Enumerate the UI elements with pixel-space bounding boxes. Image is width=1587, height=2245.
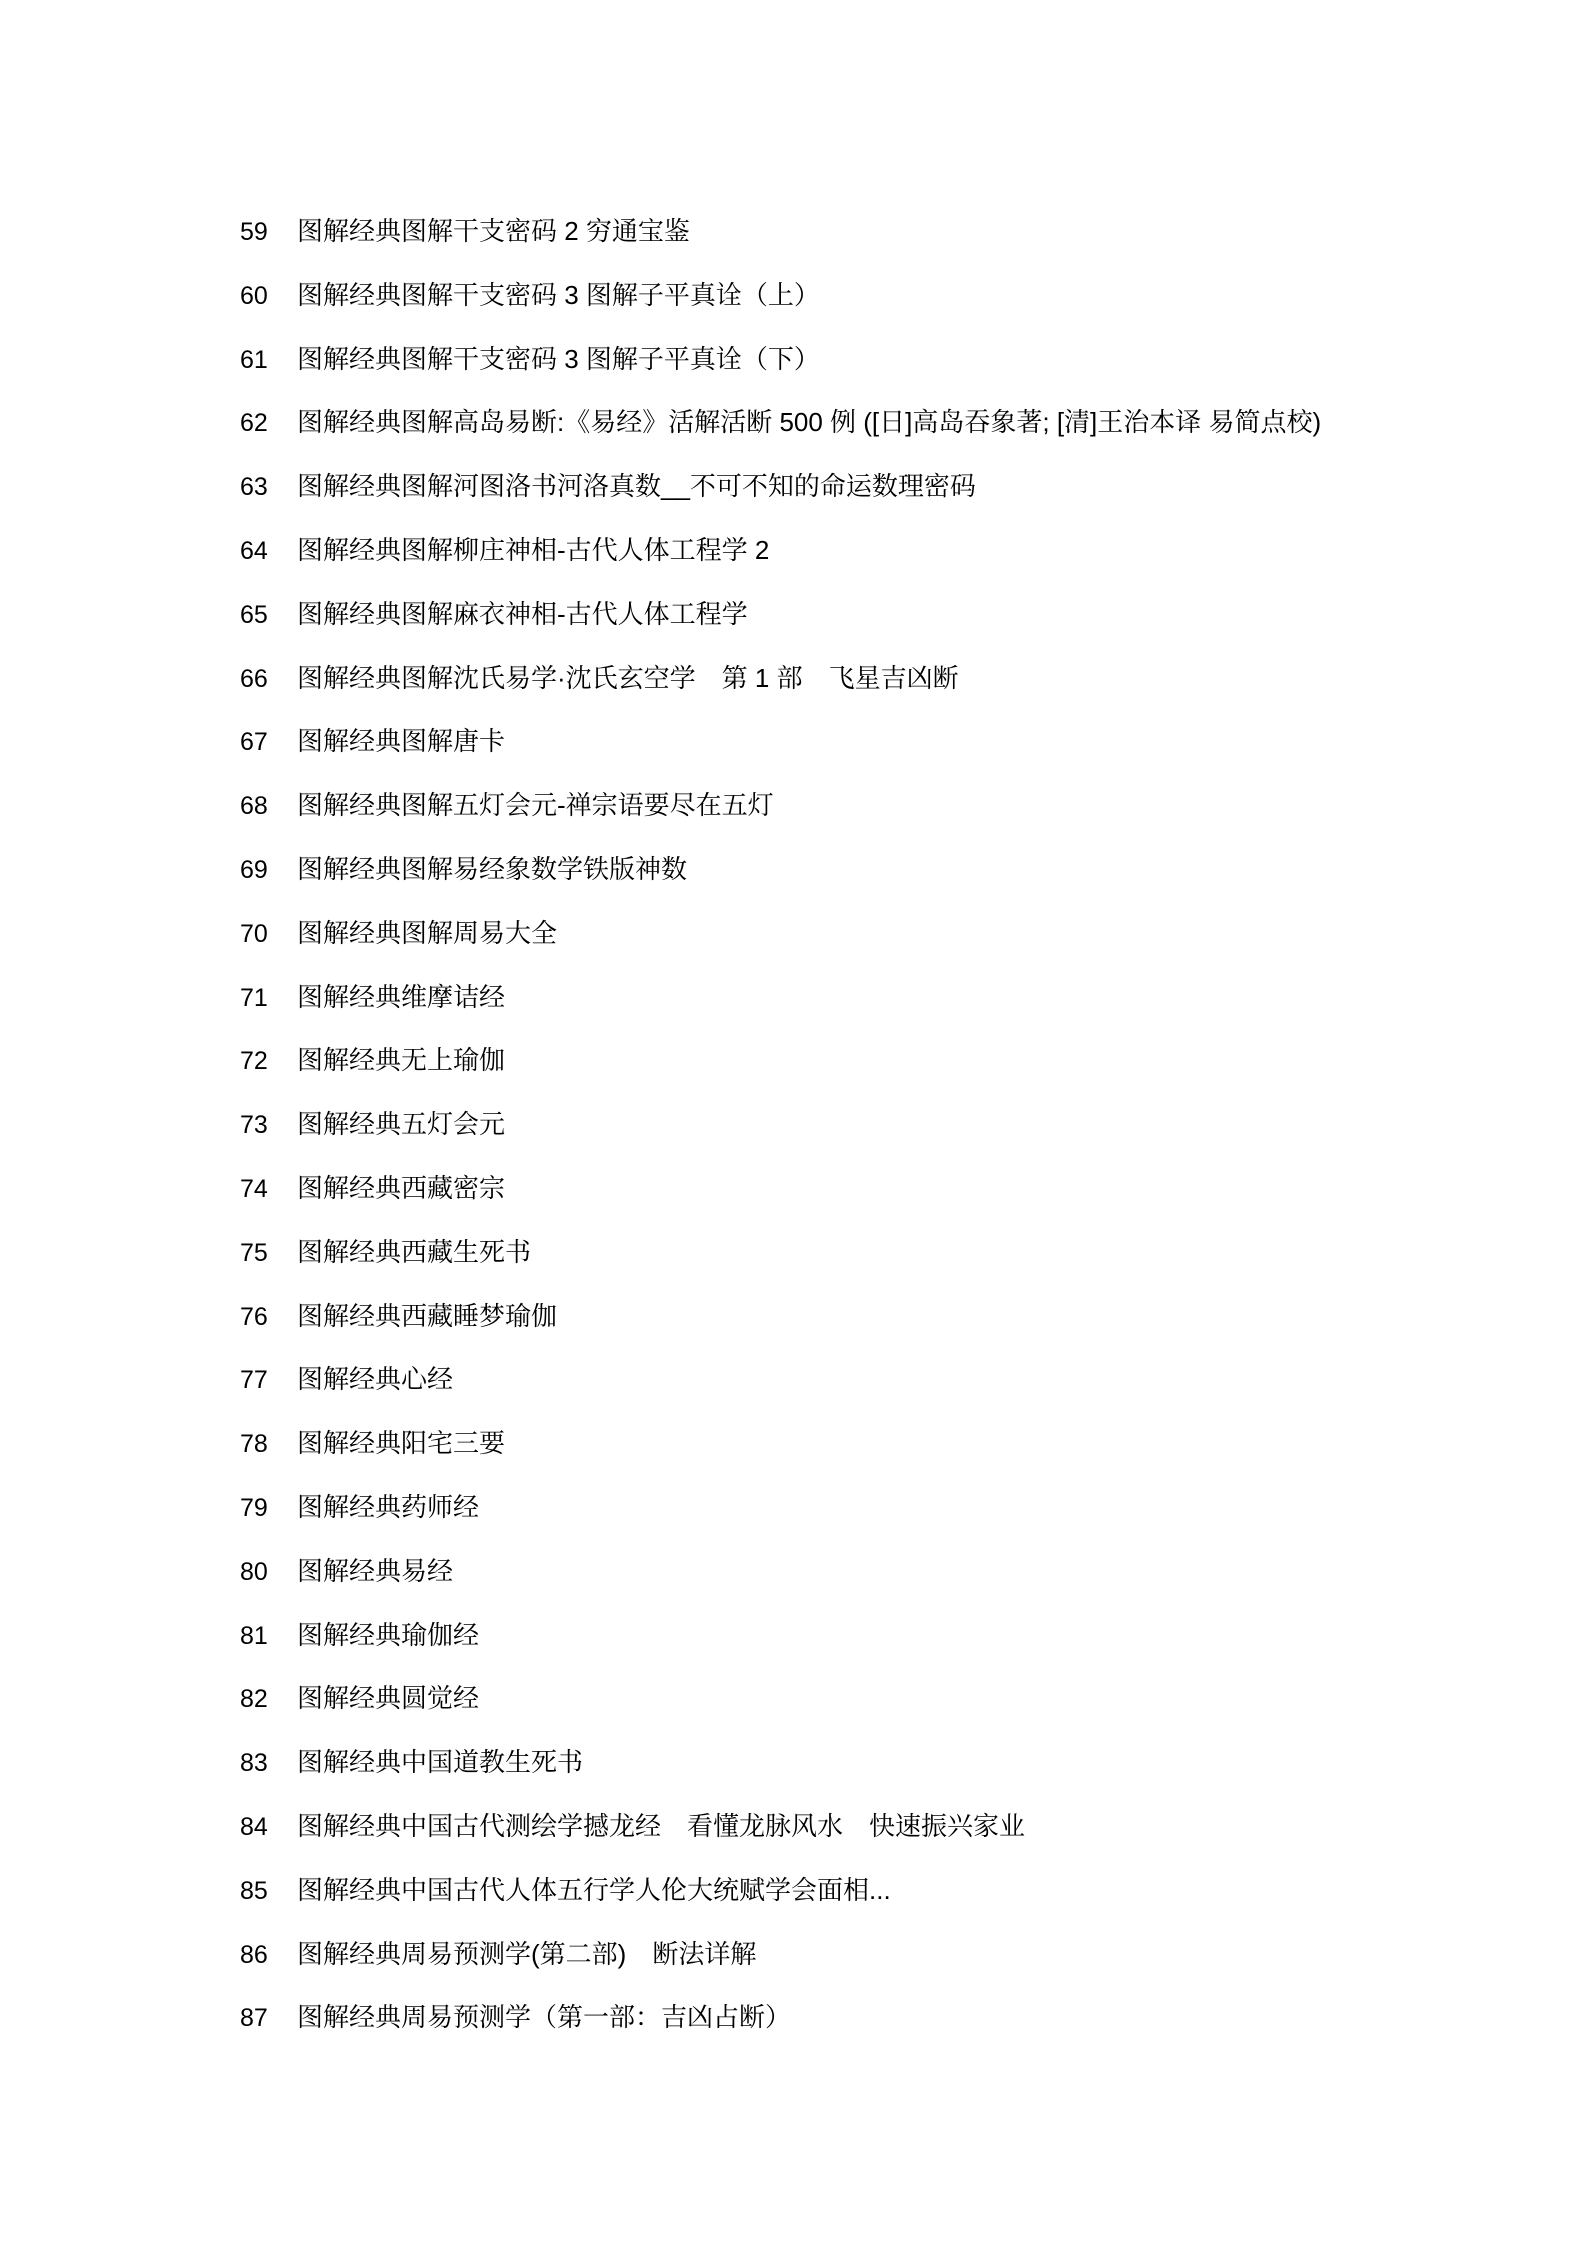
list-item: 60图解经典图解干支密码 3 图解子平真诠（上） [240, 264, 1360, 328]
item-number: 62 [240, 392, 297, 455]
item-number: 73 [240, 1094, 297, 1157]
list-item: 73图解经典五灯会元 [240, 1093, 1360, 1157]
item-number: 63 [240, 456, 297, 519]
list-item: 84图解经典中国古代测绘学撼龙经 看懂龙脉风水 快速振兴家业 [240, 1795, 1360, 1859]
item-number: 74 [240, 1158, 297, 1221]
list-item: 66图解经典图解沈氏易学·沈氏玄空学 第 1 部 飞星吉凶断 [240, 647, 1360, 711]
item-number: 70 [240, 903, 297, 966]
list-item: 83图解经典中国道教生死书 [240, 1731, 1360, 1795]
item-title: 图解经典周易预测学（第一部：吉凶占断） [297, 2002, 791, 2032]
item-title: 图解经典图解柳庄神相-古代人体工程学 2 [297, 535, 769, 565]
item-title: 图解经典圆觉经 [297, 1683, 479, 1713]
list-item: 74图解经典西藏密宗 [240, 1157, 1360, 1221]
item-title: 图解经典图解麻衣神相-古代人体工程学 [297, 599, 748, 629]
item-number: 67 [240, 711, 297, 774]
list-item: 77图解经典心经 [240, 1348, 1360, 1412]
list-item: 70图解经典图解周易大全 [240, 902, 1360, 966]
item-title: 图解经典图解干支密码 3 图解子平真诠（上） [297, 280, 820, 310]
item-title: 图解经典心经 [297, 1364, 453, 1394]
list-item: 81图解经典瑜伽经 [240, 1604, 1360, 1668]
item-number: 87 [240, 1987, 297, 2050]
item-title: 图解经典图解河图洛书河洛真数__不可不知的命运数理密码 [297, 471, 976, 501]
item-title: 图解经典图解易经象数学铁版神数 [297, 854, 687, 884]
item-number: 66 [240, 648, 297, 711]
item-title: 图解经典瑜伽经 [297, 1620, 479, 1650]
list-item: 79图解经典药师经 [240, 1476, 1360, 1540]
item-title: 图解经典图解干支密码 3 图解子平真诠（下） [297, 344, 820, 374]
list-item: 80图解经典易经 [240, 1540, 1360, 1604]
item-title: 图解经典图解干支密码 2 穷通宝鉴 [297, 216, 690, 246]
item-title: 图解经典中国道教生死书 [297, 1747, 583, 1777]
item-number: 77 [240, 1349, 297, 1412]
list-item: 59图解经典图解干支密码 2 穷通宝鉴 [240, 200, 1360, 264]
item-title: 图解经典图解唐卡 [297, 726, 505, 756]
list-item: 62图解经典图解高岛易断:《易经》活解活断 500 例 ([日]高岛吞象著; [… [240, 391, 1360, 455]
item-title: 图解经典中国古代人体五行学人伦大统赋学会面相... [297, 1875, 891, 1905]
item-number: 76 [240, 1286, 297, 1349]
item-title: 图解经典西藏密宗 [297, 1173, 505, 1203]
list-item: 65图解经典图解麻衣神相-古代人体工程学 [240, 583, 1360, 647]
item-title: 图解经典维摩诘经 [297, 982, 505, 1012]
item-title: 图解经典药师经 [297, 1492, 479, 1522]
item-title: 图解经典图解沈氏易学·沈氏玄空学 第 1 部 飞星吉凶断 [297, 663, 959, 693]
item-title: 图解经典阳宅三要 [297, 1428, 505, 1458]
item-title: 图解经典无上瑜伽 [297, 1045, 505, 1075]
item-number: 79 [240, 1477, 297, 1540]
item-title: 图解经典五灯会元 [297, 1109, 505, 1139]
item-title: 图解经典图解高岛易断:《易经》活解活断 500 例 ([日]高岛吞象著; [清]… [297, 407, 1321, 437]
item-number: 82 [240, 1668, 297, 1731]
list-item: 63图解经典图解河图洛书河洛真数__不可不知的命运数理密码 [240, 455, 1360, 519]
list-item: 69图解经典图解易经象数学铁版神数 [240, 838, 1360, 902]
item-title: 图解经典周易预测学(第二部) 断法详解 [297, 1939, 756, 1969]
item-number: 65 [240, 584, 297, 647]
list-item: 76图解经典西藏睡梦瑜伽 [240, 1285, 1360, 1349]
item-number: 69 [240, 839, 297, 902]
list-item: 85图解经典中国古代人体五行学人伦大统赋学会面相... [240, 1859, 1360, 1923]
list-item: 61图解经典图解干支密码 3 图解子平真诠（下） [240, 328, 1360, 392]
item-title: 图解经典图解周易大全 [297, 918, 557, 948]
list-item: 71图解经典维摩诘经 [240, 966, 1360, 1030]
list-item: 72图解经典无上瑜伽 [240, 1029, 1360, 1093]
item-number: 61 [240, 329, 297, 392]
item-number: 64 [240, 520, 297, 583]
list-item: 87图解经典周易预测学（第一部：吉凶占断） [240, 1986, 1360, 2050]
item-title: 图解经典西藏生死书 [297, 1237, 531, 1267]
item-number: 80 [240, 1541, 297, 1604]
list-item: 64图解经典图解柳庄神相-古代人体工程学 2 [240, 519, 1360, 583]
item-number: 81 [240, 1605, 297, 1668]
item-number: 75 [240, 1222, 297, 1285]
item-title: 图解经典中国古代测绘学撼龙经 看懂龙脉风水 快速振兴家业 [297, 1811, 1025, 1841]
item-number: 84 [240, 1796, 297, 1859]
item-number: 78 [240, 1413, 297, 1476]
item-number: 83 [240, 1732, 297, 1795]
item-title: 图解经典西藏睡梦瑜伽 [297, 1301, 557, 1331]
item-title: 图解经典图解五灯会元-禅宗语要尽在五灯 [297, 790, 774, 820]
document-page: 59图解经典图解干支密码 2 穷通宝鉴 60图解经典图解干支密码 3 图解子平真… [0, 0, 1587, 2245]
list-item: 75图解经典西藏生死书 [240, 1221, 1360, 1285]
list-item: 68图解经典图解五灯会元-禅宗语要尽在五灯 [240, 774, 1360, 838]
item-number: 60 [240, 265, 297, 328]
item-number: 86 [240, 1924, 297, 1987]
book-list: 59图解经典图解干支密码 2 穷通宝鉴 60图解经典图解干支密码 3 图解子平真… [240, 200, 1360, 2050]
list-item: 86图解经典周易预测学(第二部) 断法详解 [240, 1923, 1360, 1987]
list-item: 67图解经典图解唐卡 [240, 710, 1360, 774]
item-number: 59 [240, 201, 297, 264]
item-number: 85 [240, 1860, 297, 1923]
item-number: 72 [240, 1030, 297, 1093]
item-title: 图解经典易经 [297, 1556, 453, 1586]
list-item: 82图解经典圆觉经 [240, 1667, 1360, 1731]
list-item: 78图解经典阳宅三要 [240, 1412, 1360, 1476]
item-number: 68 [240, 775, 297, 838]
item-number: 71 [240, 967, 297, 1030]
